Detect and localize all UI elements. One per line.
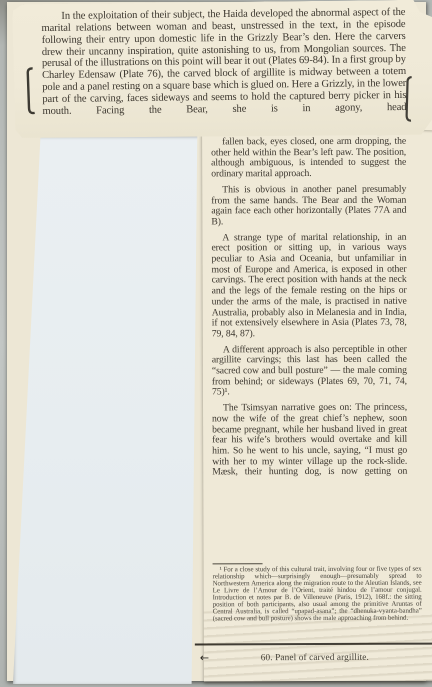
scan-background: { "page": { "top_clipping": { "text": "I…: [0, 0, 432, 687]
left-arrow-icon: ←: [200, 651, 209, 664]
paragraph: A different approach is also perceptible…: [212, 344, 407, 398]
album-page: In the exploitation of their subject, th…: [7, 2, 426, 681]
column-text: fallen back, eyes closed, one arm droppi…: [211, 137, 407, 479]
staple-icon: [402, 75, 414, 128]
caption-rule: [195, 643, 432, 646]
paragraph: The Tsimsyan narrative goes on: The prin…: [212, 403, 407, 479]
blank-insert-sheet: [13, 135, 203, 684]
paragraph: A strange type of marital relationship, …: [211, 232, 406, 340]
footnote-separator: [213, 563, 263, 564]
caption-row: ← 60. Panel of carved argillite.: [195, 651, 432, 668]
paragraph: fallen back, eyes closed, one arm droppi…: [211, 137, 406, 180]
pasted-clipping-column: fallen back, eyes closed, one arm droppi…: [202, 126, 432, 682]
pasted-clipping-top: In the exploitation of their subject, th…: [12, 0, 432, 139]
footnote: ¹ For a close study of this cultural tra…: [213, 567, 422, 623]
staple-icon: [24, 66, 37, 121]
top-paragraph: In the exploitation of their subject, th…: [12, 0, 432, 118]
paragraph: This is obvious in another panel presuma…: [211, 185, 406, 228]
figure-caption: 60. Panel of carved argillite.: [195, 651, 432, 664]
